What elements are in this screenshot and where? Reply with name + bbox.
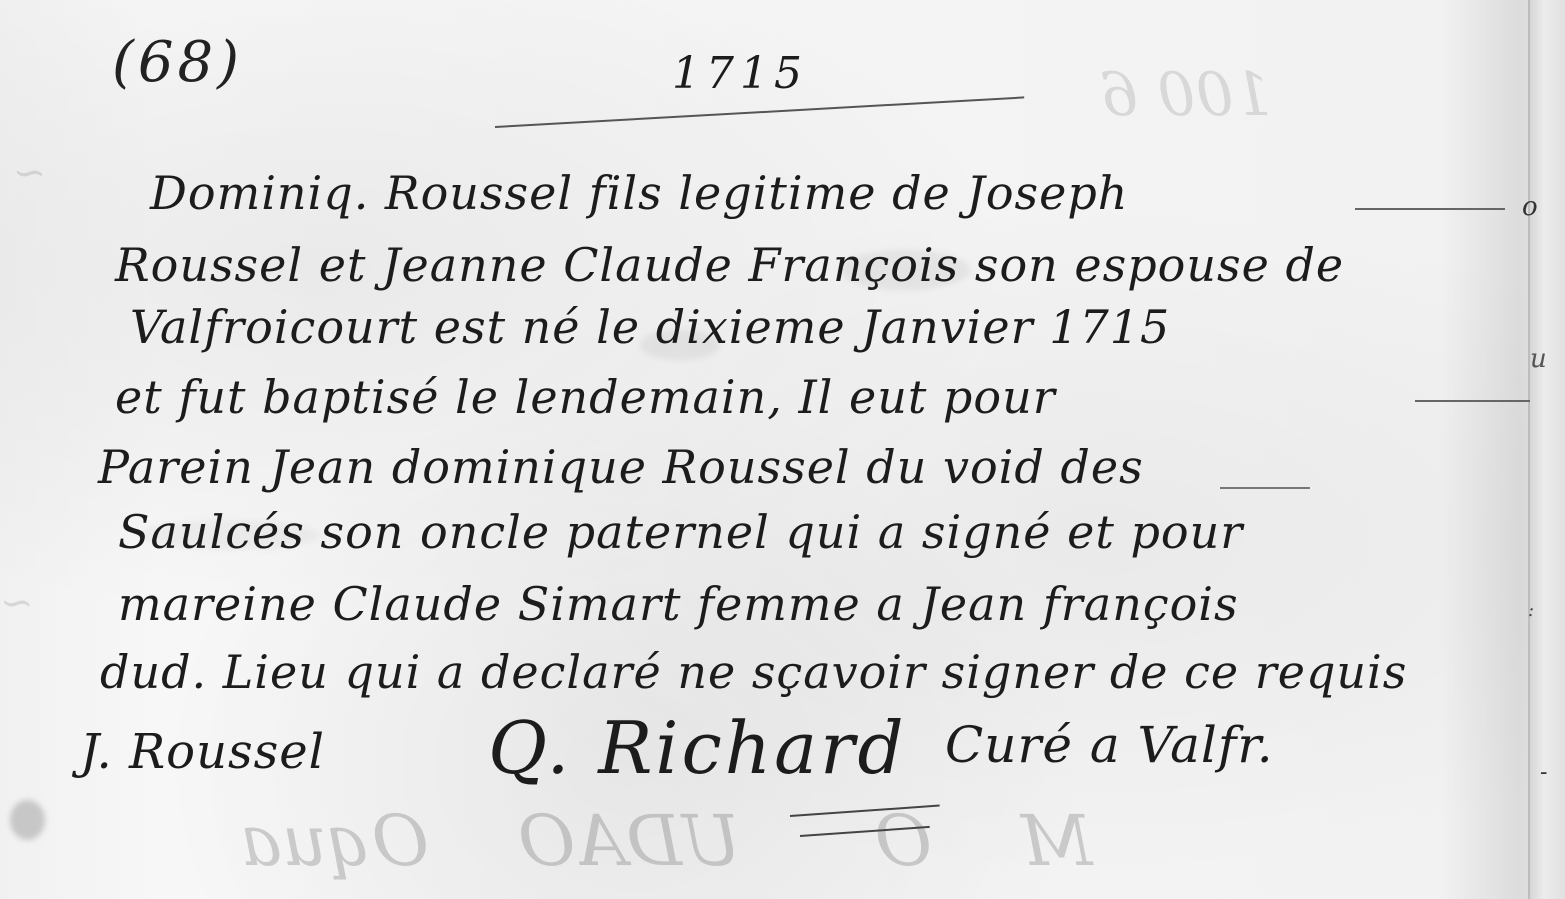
entry-line-3: Valfroicourt est né le dixieme Janvier 1…: [130, 300, 1170, 354]
bleed-through-text: M O UDAO Oqua: [240, 800, 1137, 882]
line-filler-rule: [1355, 208, 1505, 210]
bleed-through-text: ~: [0, 580, 59, 626]
year-header: 1715: [672, 48, 808, 99]
entry-line-8: dud. Lieu qui a declaré ne sçavoir signe…: [100, 645, 1407, 699]
folio-number: (68): [112, 30, 243, 95]
priest-name: Richard: [598, 706, 906, 790]
entry-line-1: Dominiq. Roussel fils legitime de Joseph: [150, 166, 1128, 220]
line-filler-rule: [1220, 487, 1310, 489]
entry-line-7: mareine Claude Simart femme a Jean franç…: [118, 577, 1239, 631]
priest-initial: Q.: [488, 706, 572, 790]
bleed-through-text: 100 6: [1100, 60, 1272, 130]
priest-title: Curé a Valfr.: [945, 716, 1274, 774]
margin-mark: :: [1528, 600, 1534, 621]
margin-mark: -: [1540, 760, 1547, 785]
manuscript-page: 100 6 M O UDAO Oqua ~ ~ (68) 1715 Domini…: [0, 0, 1565, 899]
entry-line-6: Saulcés son oncle paternel qui a signé e…: [118, 505, 1243, 559]
bleed-through-text: ~: [0, 150, 59, 196]
header-rule: [495, 96, 1024, 128]
margin-mark: o: [1522, 192, 1538, 222]
entry-line-2: Roussel et Jeanne Claude François son es…: [115, 238, 1344, 292]
entry-line-5: Parein Jean dominique Roussel du void de…: [98, 440, 1144, 494]
priest-signature: Q. Richard: [488, 706, 907, 790]
entry-line-4: et fut baptisé le lendemain, Il eut pour: [115, 370, 1056, 424]
binding-edge: [1528, 0, 1530, 899]
margin-mark: u: [1530, 344, 1547, 374]
line-filler-rule: [1415, 400, 1530, 402]
margin-stain: [10, 800, 45, 840]
binding-shadow: [1530, 0, 1565, 899]
godfather-signature: J. Roussel: [80, 724, 325, 780]
